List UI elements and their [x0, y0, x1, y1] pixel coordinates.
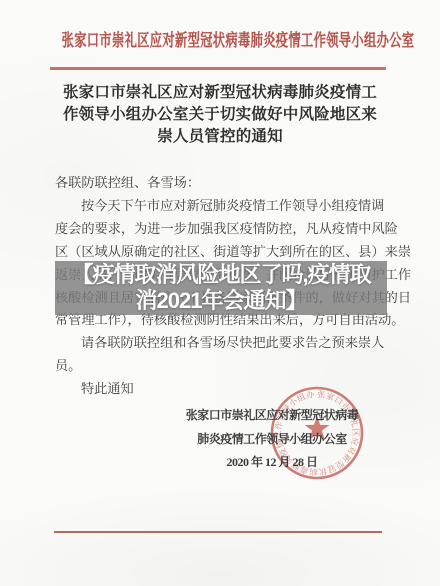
document-photo: 张家口市崇礼区应对新型冠状病毒肺炎疫情工作领导小组办公室 张家口市崇礼区应对新型… — [0, 0, 440, 586]
caption-overlay-line1: 【疫情取消风险地区了吗,疫情取 — [71, 262, 370, 288]
signature-block: 张家口市崇礼区应对新型冠状病毒 肺炎疫情工作领导小组办公室 2020 年 12 … — [183, 404, 361, 475]
caption-overlay-line2: 消2021年会通知】 — [136, 288, 307, 314]
signature-org-line1: 张家口市崇礼区应对新型冠状病毒 — [183, 404, 361, 428]
body-line: 按今天下午市应对新冠肺炎疫情工作领导小组疫情调 — [55, 195, 411, 218]
caption-overlay-banner: 【疫情取消风险地区了吗,疫情取 消2021年会通知】 — [55, 261, 387, 315]
notice-title: 张家口市崇礼区应对新型冠状病毒肺炎疫情工 作领导小组办公室关于切实做好中风险地区… — [50, 82, 390, 148]
letterhead-divider — [50, 67, 386, 70]
notice-title-line: 作领导小组办公室关于切实做好中风险地区来 — [50, 104, 390, 126]
body-line: 请各联防联控组和各雪场尽快把此要求告之预来崇人 — [55, 332, 411, 355]
notice-title-line: 张家口市崇礼区应对新型冠状病毒肺炎疫情工 — [50, 82, 390, 104]
notice-title-line: 崇人员管控的通知 — [50, 126, 390, 148]
body-line: 度会的要求，为进一步加强我区疫情防控，凡从疫情中风险 — [55, 218, 411, 241]
signature-org-line2: 肺炎疫情工作领导小组办公室 — [183, 428, 361, 452]
letterhead-org: 张家口市崇礼区应对新型冠状病毒肺炎疫情工作领导小组办公室 — [62, 28, 379, 54]
salutation: 各联防联控组、各雪场： — [55, 172, 411, 195]
footer-rule — [54, 531, 382, 533]
body-line: 员。 — [55, 355, 411, 378]
signature-date: 2020 年 12 月 28 日 — [183, 451, 361, 475]
